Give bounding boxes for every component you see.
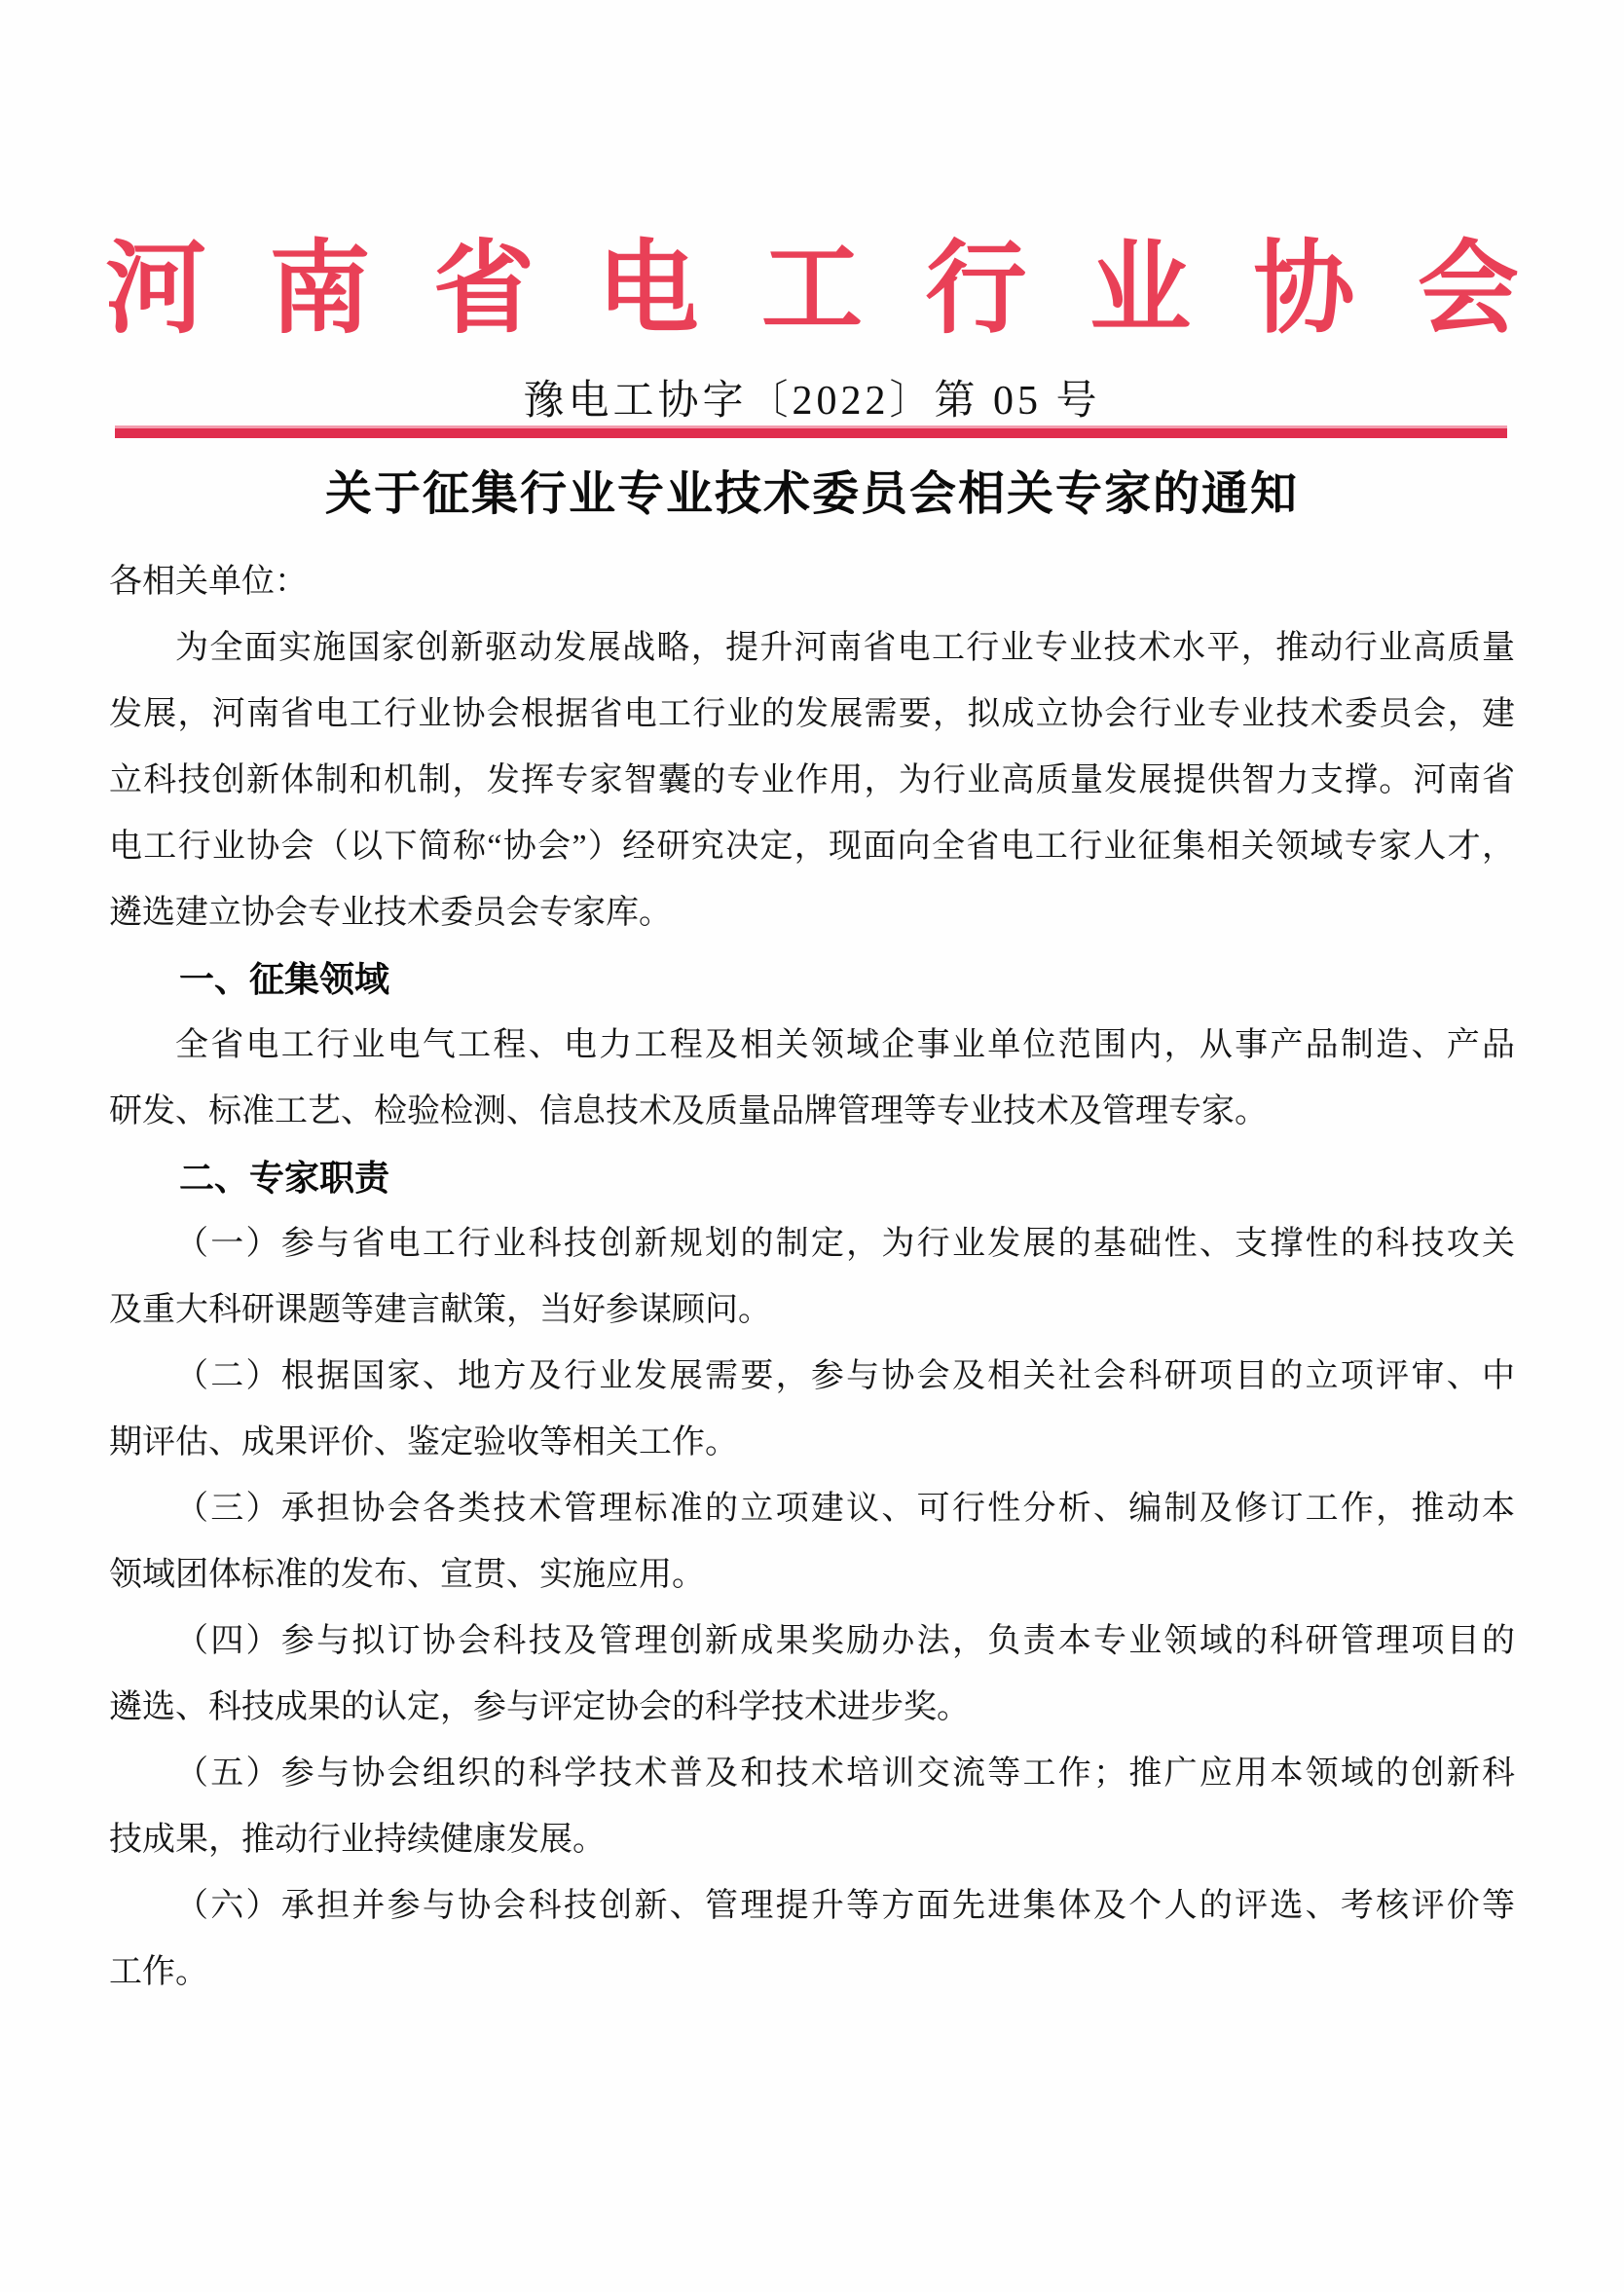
body-line: 电工行业协会（以下简称“协会”）经研究决定，现面向全省电工行业征集相关领域专家人…: [109, 814, 1515, 880]
body-line: 技成果，推动行业持续健康发展。: [109, 1807, 1515, 1873]
body-line: 遴选建立协会专业技术委员会专家库。: [109, 880, 1515, 946]
red-header-divider: [115, 425, 1507, 438]
body-line: 领域团体标准的发布、宣贯、实施应用。: [109, 1542, 1515, 1608]
body-line: （一）参与省电工行业科技创新规划的制定，为行业发展的基础性、支撑性的科技攻关: [109, 1211, 1515, 1277]
body-line: 遴选、科技成果的认定，参与评定协会的科学技术进步奖。: [109, 1675, 1515, 1741]
body-line: 期评估、成果评价、鉴定验收等相关工作。: [109, 1410, 1515, 1476]
body-line: 为全面实施国家创新驱动发展战略，提升河南省电工行业专业技术水平，推动行业高质量: [109, 615, 1515, 682]
issuing-organization-title: 河南省电工行业协会: [0, 206, 1624, 352]
body-line: （五）参与协会组织的科学技术普及和技术培训交流等工作；推广应用本领域的创新科: [109, 1741, 1515, 1807]
body-line: （四）参与拟订协会科技及管理创新成果奖励办法，负责本专业领域的科研管理项目的: [109, 1608, 1515, 1675]
body-line: 发展，河南省电工行业协会根据省电工行业的发展需要，拟成立协会行业专业技术委员会，…: [109, 682, 1515, 748]
document-body: 各相关单位： 为全面实施国家创新驱动发展战略，提升河南省电工行业专业技术水平，推…: [109, 549, 1515, 2006]
body-line: 工作。: [109, 1940, 1515, 2006]
body-line: （三）承担协会各类技术管理标准的立项建议、可行性分析、编制及修订工作，推动本: [109, 1476, 1515, 1542]
section-heading-2: 二、专家职责: [109, 1145, 1515, 1211]
body-line: 及重大科研课题等建言献策，当好参谋顾问。: [109, 1277, 1515, 1344]
body-line: （六）承担并参与协会科技创新、管理提升等方面先进集体及个人的评选、考核评价等: [109, 1873, 1515, 1940]
body-line: 全省电工行业电气工程、电力工程及相关领域企事业单位范围内，从事产品制造、产品: [109, 1013, 1515, 1079]
section-heading-1: 一、征集领域: [109, 946, 1515, 1013]
document-title: 关于征集行业专业技术委员会相关专家的通知: [0, 456, 1624, 523]
body-line: 研发、标准工艺、检验检测、信息技术及质量品牌管理等专业技术及管理专家。: [109, 1079, 1515, 1145]
salutation-line: 各相关单位：: [109, 549, 1515, 615]
body-line: 立科技创新体制和机制，发挥专家智囊的专业作用，为行业高质量发展提供智力支撑。河南…: [109, 748, 1515, 814]
document-page: 河南省电工行业协会 豫电工协字〔2022〕第 05 号 关于征集行业专业技术委员…: [0, 0, 1624, 2292]
document-reference-number: 豫电工协字〔2022〕第 05 号: [0, 368, 1624, 426]
body-line: （二）根据国家、地方及行业发展需要，参与协会及相关社会科研项目的立项评审、中: [109, 1344, 1515, 1410]
